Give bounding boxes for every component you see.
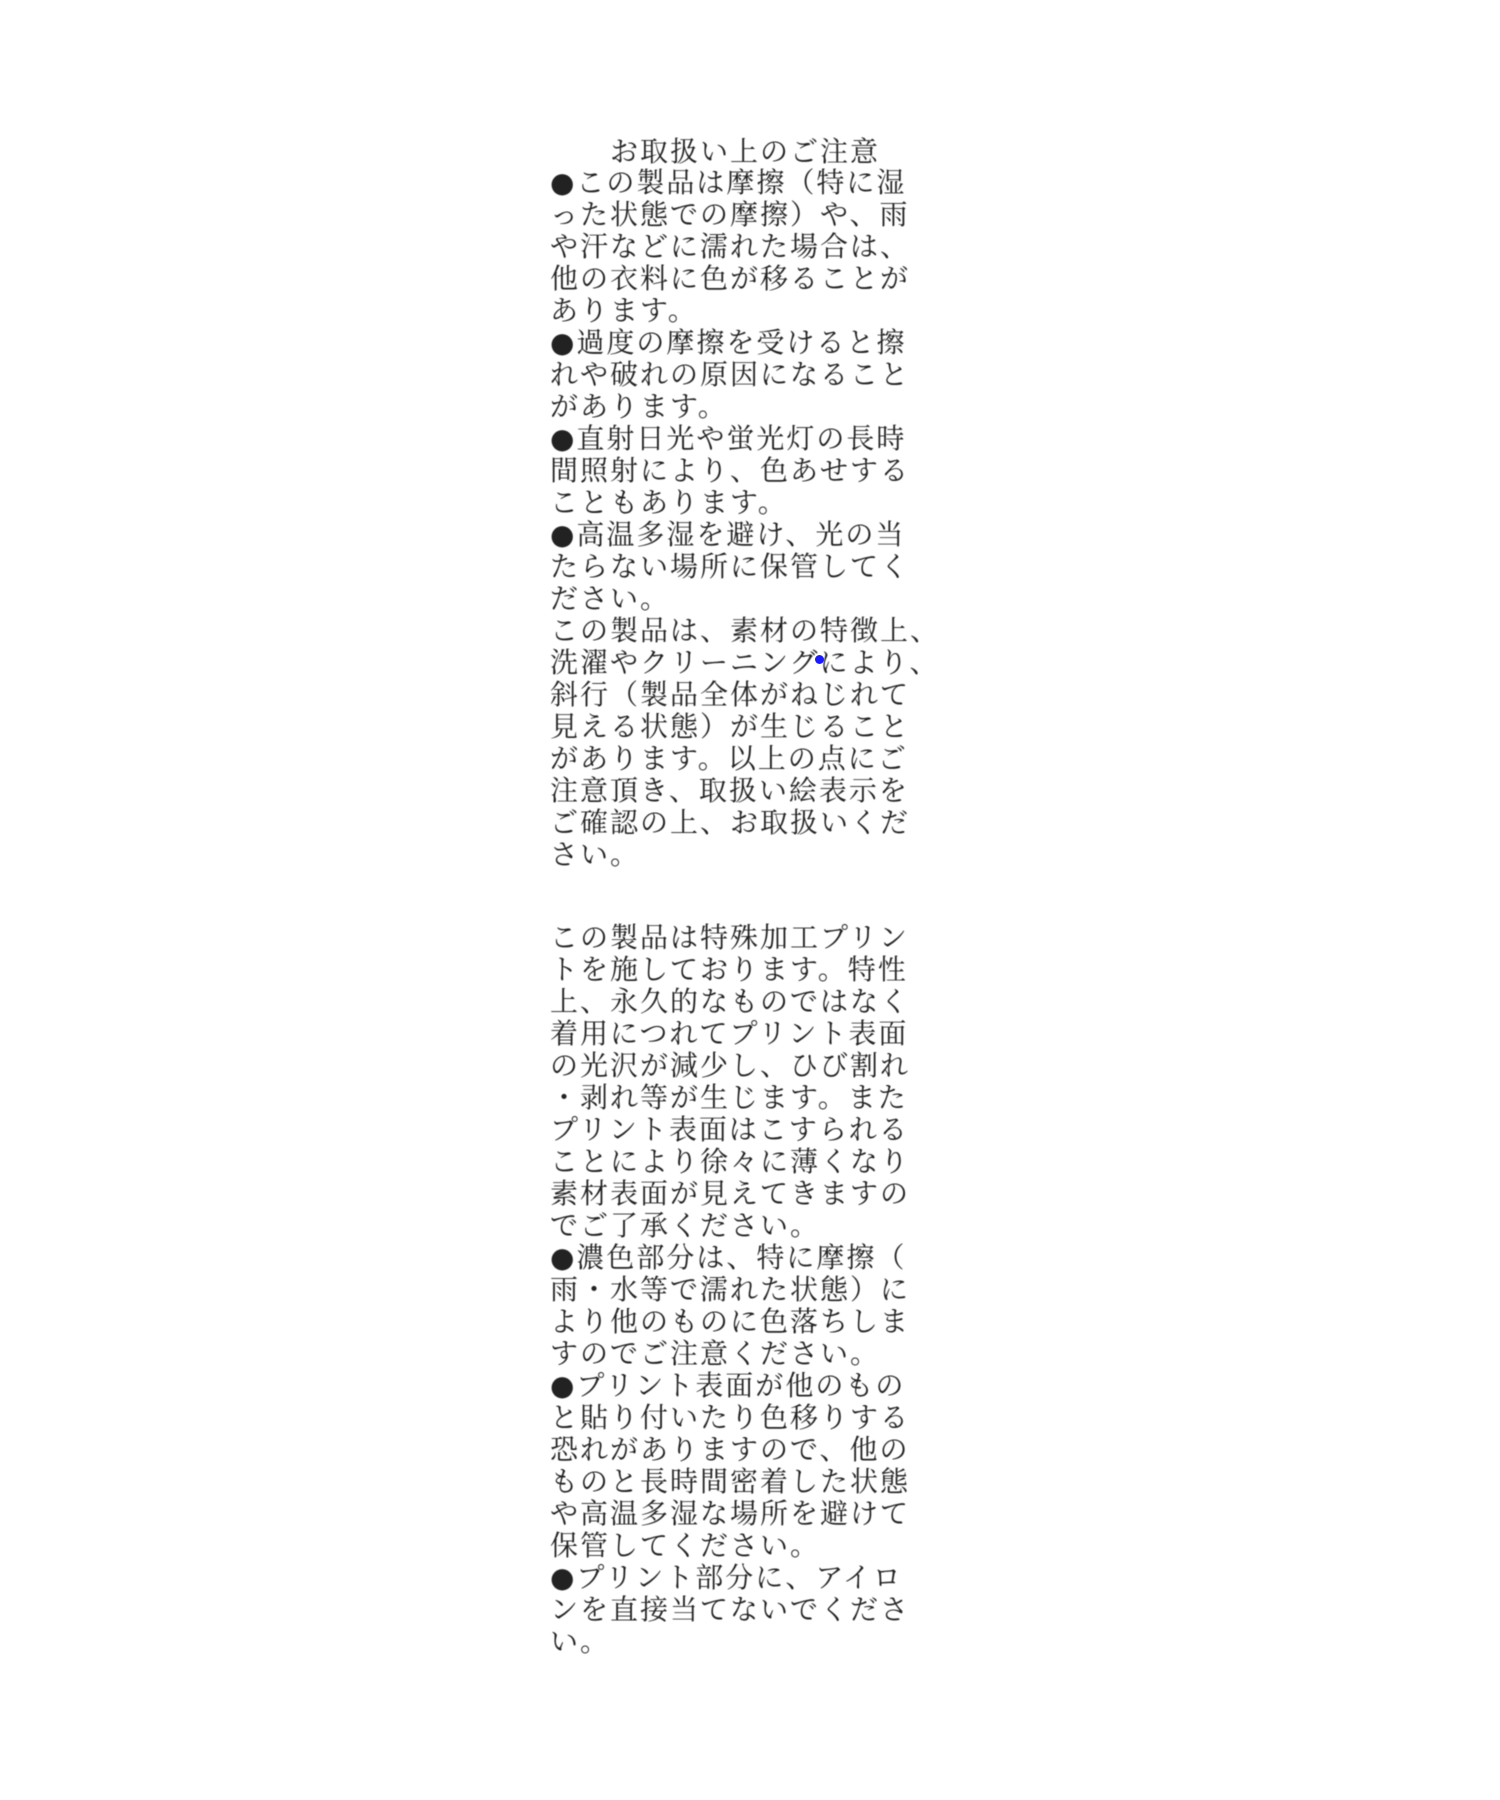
text-line: 素材表面が見えてきますの bbox=[550, 1178, 910, 1210]
text-line: があります。以上の点にご bbox=[550, 743, 908, 775]
text-line: この製品は特殊加工プリン bbox=[550, 922, 909, 954]
text-line: ●プリント部分に、アイロ bbox=[550, 1562, 903, 1594]
text-line: ●濃色部分は、特に摩擦（ bbox=[550, 1242, 906, 1274]
text-line: った状態での摩擦）や、雨 bbox=[550, 199, 909, 231]
care-instructions-document: お取扱い上のご注意 ●この製品は摩擦（特に湿った状態での摩擦）や、雨や汗などに濡… bbox=[550, 0, 1010, 1800]
text-line: ・剥れ等が生じます。また bbox=[550, 1082, 908, 1114]
text-line: や汗などに濡れた場合は、 bbox=[550, 231, 910, 263]
text-line: こともあります。 bbox=[550, 487, 788, 519]
text-line: ●直射日光や蛍光灯の長時 bbox=[550, 423, 906, 455]
text-line: ●過度の摩擦を受けると擦 bbox=[550, 327, 906, 359]
text-line: ご確認の上、お取扱いくだ bbox=[550, 807, 910, 839]
text-line: たらない場所に保管してく bbox=[550, 551, 910, 583]
text-line: ●この製品は摩擦（特に湿 bbox=[550, 167, 906, 199]
text-line: でご了承ください。 bbox=[550, 1210, 820, 1242]
document-title: お取扱い上のご注意 bbox=[610, 136, 880, 168]
text-line: ●プリント表面が他のもの bbox=[550, 1370, 905, 1402]
text-line: 上、永久的なものではなく bbox=[550, 986, 910, 1018]
text-line: 着用につれてプリント表面 bbox=[550, 1018, 908, 1050]
text-line: ンを直接当てないでくださ bbox=[550, 1594, 910, 1626]
text-line: ●高温多湿を避け、光の当 bbox=[550, 519, 905, 551]
text-line: トを施しております。特性 bbox=[550, 954, 908, 986]
text-line: があります。 bbox=[550, 391, 728, 423]
text-line: すのでご注意ください。 bbox=[550, 1338, 880, 1370]
text-line: 他の衣料に色が移ることが bbox=[550, 263, 910, 295]
text-line: ものと長時間密着した状態 bbox=[550, 1466, 910, 1498]
text-line: れや破れの原因になること bbox=[550, 359, 910, 391]
text-line: 見える状態）が生じること bbox=[550, 711, 910, 743]
text-line: 雨・水等で濡れた状態）に bbox=[550, 1274, 910, 1306]
text-line: の光沢が減少し、ひび割れ bbox=[550, 1050, 910, 1082]
text-line: 恐れがありますので、他の bbox=[550, 1434, 909, 1466]
text-line: 注意頂き、取扱い絵表示を bbox=[550, 775, 909, 807]
text-line: 洗濯やクリーニングにより、 bbox=[550, 647, 939, 679]
text-line: や高温多湿な場所を避けて bbox=[550, 1498, 910, 1530]
text-line: あります。 bbox=[550, 295, 698, 327]
text-line: プリント表面はこすられる bbox=[550, 1114, 909, 1146]
text-line: 保管してください。 bbox=[550, 1530, 820, 1562]
cursor-marker-dot bbox=[815, 655, 824, 664]
text-line: と貼り付いたり色移りする bbox=[550, 1402, 910, 1434]
text-line: ださい。 bbox=[550, 583, 670, 615]
text-line: より他のものに色落ちしま bbox=[550, 1306, 910, 1338]
text-line: この製品は、素材の特徴上、 bbox=[550, 615, 940, 647]
text-line: 斜行（製品全体がねじれて bbox=[550, 679, 910, 711]
text-line: ことにより徐々に薄くなり bbox=[550, 1146, 910, 1178]
text-line: さい。 bbox=[550, 839, 640, 871]
text-line: 間照射により、色あせする bbox=[550, 455, 910, 487]
text-line: い。 bbox=[550, 1626, 610, 1658]
